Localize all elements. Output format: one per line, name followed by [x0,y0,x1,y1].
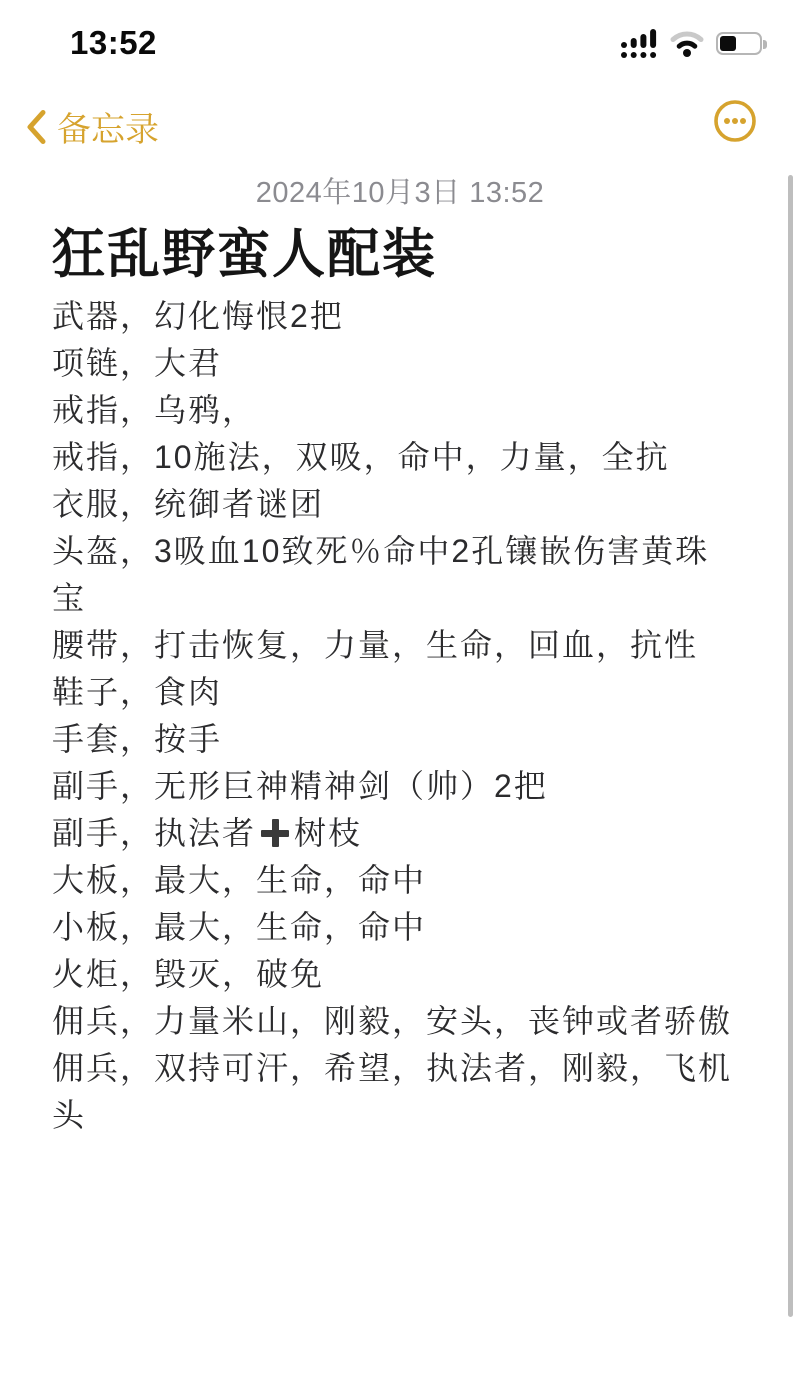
note-body[interactable]: 武器，幻化悔恨2把项链，大君戒指，乌鸦，戒指，10施法，双吸，命中，力量，全抗衣… [52,293,752,1139]
status-icons [621,28,762,58]
status-time: 13:52 [70,24,157,62]
note-body-line: 火炬，毁灭，破免 [52,951,752,998]
note-body-line: 鞋子，食肉 [52,669,752,716]
more-button[interactable] [712,98,758,144]
wifi-icon [670,30,704,57]
battery-icon [716,32,762,55]
note-body-line: 头盔，3吸血10致死％命中2孔镶嵌伤害黄珠 [52,528,752,575]
note-body-line: 腰带，打击恢复，力量，生命，回血，抗性 [52,622,752,669]
cellular-signal-icon [621,29,658,58]
nav-bar: 备忘录 [0,96,800,160]
battery-fill [720,36,736,51]
note-body-line: 手套，按手 [52,716,752,763]
battery-nub [763,40,767,49]
scrollbar-thumb[interactable] [788,175,793,1317]
note-body-line: 佣兵，力量米山，刚毅，安头，丧钟或者骄傲 [52,998,752,1045]
note-body-line: 头 [52,1092,752,1139]
status-bar: 13:52 [0,0,800,88]
note-body-line: 宝 [52,575,752,622]
chevron-left-icon [26,109,47,145]
note-body-line: 戒指，10施法，双吸，命中，力量，全抗 [52,434,752,481]
note-body-line: 戒指，乌鸦， [52,387,752,434]
plus-icon [261,819,289,847]
back-button[interactable]: 备忘录 [26,102,159,151]
note-body-line: 项链，大君 [52,340,752,387]
note-title[interactable]: 狂乱野蛮人配装 [52,212,745,288]
back-button-label: 备忘录 [57,102,159,151]
ellipsis-circle-icon [712,98,758,144]
notes-app-screen: 13:52 [0,0,800,1384]
note-body-line: 大板，最大，生命，命中 [52,857,752,904]
note-body-line: 副手，无形巨神精神剑（帅）2把 [52,763,752,810]
note-body-line: 衣服，统御者谜团 [52,481,752,528]
note-body-line: 武器，幻化悔恨2把 [52,293,752,340]
note-body-line: 副手，执法者树枝 [52,810,752,857]
note-body-line: 佣兵，双持可汗，希望，执法者，刚毅，飞机 [52,1045,752,1092]
note-date: 2024年10月3日 13:52 [0,170,800,211]
note-body-line: 小板，最大，生命，命中 [52,904,752,951]
